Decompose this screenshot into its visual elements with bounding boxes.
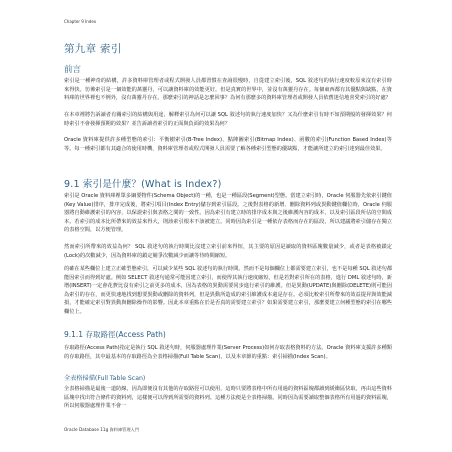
page-footer: Oracle Database 11g 資料庫管理入門 bbox=[64, 427, 139, 433]
heading-full-table-scan: 全表格掃描(Full Table Scan) bbox=[64, 373, 145, 382]
paragraph-what-is-index: 索引是 Oracle 資料庫裡眾多綱要物件(Schema Object)的一種，… bbox=[64, 192, 392, 235]
paragraph-index-types: Oracle 資料庫提供許多種型態的索引：平衡樹索引(B-Tree Index)… bbox=[64, 136, 392, 153]
paragraph-access-path: 存取路徑(Access Path)指定是執行 SQL 敘述句時，伺服器處理作業(… bbox=[64, 344, 392, 361]
section-heading-9-1: 9.1 索引是什麼？(What is Index?) bbox=[64, 176, 222, 190]
paragraph-chapter-overview: 在本章裡將告訴讀者有關索引的結構與用途，解釋索引為何可以讓 SQL 敘述句的執行… bbox=[64, 111, 392, 128]
preface-heading: 前言 bbox=[64, 63, 81, 75]
subsection-heading-9-1-1: 9.1.1 存取路徑(Access Path) bbox=[64, 329, 166, 340]
paragraph-index-tradeoffs: 的確在某些欄位上建立正確型態索引，可以減少某些 SQL 敘述句的執行時間。然而不… bbox=[64, 265, 392, 317]
paragraph-intro: 索引是一種神奇的結構，許多資料庫管理者或程式開發人員都習慣在查詢很慢時，自從建立… bbox=[64, 77, 392, 103]
running-head: Chapter 9 Index bbox=[64, 19, 96, 24]
paragraph-full-table-scan: 全表格掃描是最後一道防線，因為即便沒有其他的存取路徑可以使用，這時只要將表格中所… bbox=[64, 385, 392, 411]
paragraph-index-benefits: 然而索引所帶來的效益為何？ SQL 敘述句的執行時間比沒建立索引前來得短，其主要… bbox=[64, 243, 392, 260]
chapter-title: 第九章 索引 bbox=[64, 41, 122, 56]
